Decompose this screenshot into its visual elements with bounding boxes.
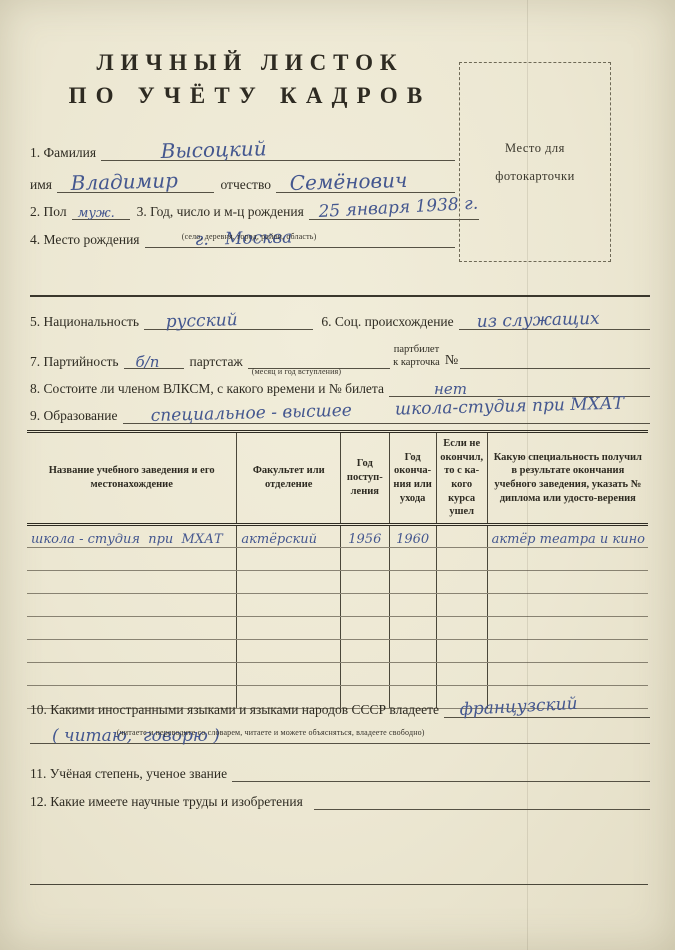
table-row [27, 593, 648, 616]
table-cell [237, 616, 341, 639]
works-label: 12. Какие имеете научные труды и изобрет… [30, 794, 308, 810]
table-cell-value: 1960 [396, 534, 429, 546]
table-row [27, 662, 648, 685]
table-cell [237, 547, 341, 570]
table-cell [436, 570, 487, 593]
table-cell [436, 662, 487, 685]
table-cell [487, 662, 648, 685]
surname-label: 1. Фамилия [30, 145, 101, 161]
education-line: специальное - высшее школа-студия при МХ… [123, 406, 651, 424]
table-cell [27, 570, 237, 593]
field-degree: 11. Учёная степень, ученое звание [30, 766, 650, 782]
table-cell [389, 570, 436, 593]
nationality-label: 5. Национальность [30, 314, 144, 330]
photo-placeholder-text2: фотокарточки [495, 169, 575, 184]
table-row [27, 616, 648, 639]
patronymic-line: Семёнович [276, 172, 455, 193]
party-label: 7. Партийность [30, 354, 124, 370]
table-cell [487, 639, 648, 662]
field-surname: 1. Фамилия Высоцкий [30, 140, 455, 161]
field-sex-birthdate: 2. Пол муж. 3. Год, число и м-ц рождения… [30, 202, 455, 220]
table-cell [389, 662, 436, 685]
table-cell-value: 1956 [348, 534, 381, 546]
nationality-line: русский [144, 312, 313, 330]
table-cell [436, 593, 487, 616]
social-origin-line: из служащих [459, 312, 650, 330]
degree-label: 11. Учёная степень, ученое звание [30, 766, 232, 782]
table-cell: 1956 [341, 524, 389, 547]
table-cell [341, 547, 389, 570]
table-cell [487, 593, 648, 616]
table-cell [389, 616, 436, 639]
komsomol-label: 8. Состоите ли членом ВЛКСМ, с какого вр… [30, 381, 389, 397]
table-cell: школа - студия при МХАТ [27, 524, 237, 547]
patronymic-value: Семёнович [289, 171, 407, 193]
table-cell [237, 662, 341, 685]
table-cell [27, 639, 237, 662]
birthdate-label: 3. Год, число и м-ц рождения [130, 204, 309, 220]
table-cell [27, 616, 237, 639]
photo-placeholder: Место для фотокарточки [459, 62, 611, 262]
table-cell [436, 547, 487, 570]
form-title-line2: ПО УЧЁТУ КАДРОВ [0, 83, 500, 109]
bottom-rule-line [30, 884, 648, 885]
col-header-specialty: Какую специальность получил в результате… [487, 433, 648, 524]
table-cell [341, 593, 389, 616]
table-cell [487, 547, 648, 570]
education-table-body: школа - студия при МХАТактёрский19561960… [27, 524, 648, 708]
table-cell [487, 616, 648, 639]
degree-line [232, 778, 650, 782]
party-card-label: партбилет к карточка [390, 343, 443, 369]
field-birthplace: 4. Место рождения г. Москва (село, дерев… [30, 230, 455, 248]
first-name-line: Владимир [57, 172, 214, 193]
col-header-year-entered: Год поступ-ления [341, 433, 389, 524]
table-row [27, 570, 648, 593]
table-cell [341, 639, 389, 662]
photo-placeholder-text1: Место для [505, 141, 565, 156]
form-title-line1: ЛИЧНЫЙ ЛИСТОК [0, 50, 500, 76]
birthdate-value: 25 января 1938 г. [318, 196, 478, 220]
party-service-caption: (месяц и год вступления) [252, 367, 341, 376]
languages-label: 10. Какими иностранными языками и языкам… [30, 702, 444, 718]
party-service-label: партстаж [184, 354, 248, 370]
party-value: б/п [136, 355, 160, 369]
sex-line: муж. [72, 203, 130, 220]
languages-line: французский [444, 700, 650, 718]
first-name-label: имя [30, 177, 57, 193]
education-table-header-row: Название учебного заведения и его местон… [27, 433, 648, 524]
languages-caption: (читаете и переводите со словарем, читае… [117, 728, 425, 737]
table-cell [27, 593, 237, 616]
col-header-year-left: Год оконча-ния или ухода [389, 433, 436, 524]
birthplace-caption: (село, деревня, город, район, область) [182, 232, 317, 241]
surname-value: Высоцкий [161, 139, 267, 161]
table-cell [436, 524, 487, 547]
nationality-value: русский [166, 312, 238, 330]
surname-line: Высоцкий [101, 140, 455, 161]
social-origin-value: из служащих [476, 311, 599, 330]
party-card-label-bottom: к карточка [393, 356, 440, 369]
social-origin-label: 6. Соц. происхождение [313, 314, 458, 330]
birthdate-line: 25 января 1938 г. [309, 202, 479, 220]
party-line: б/п [124, 353, 184, 370]
party-card-label-top: партбилет [394, 343, 439, 356]
col-header-faculty: Факультет или отделение [237, 433, 341, 524]
table-cell: актёрский [237, 524, 341, 547]
party-card-number-line [460, 365, 650, 369]
sex-value: муж. [78, 208, 115, 220]
table-cell-value: школа - студия при МХАТ [31, 534, 223, 546]
birthplace-line: г. Москва (село, деревня, город, район, … [145, 230, 455, 248]
table-cell [436, 639, 487, 662]
table-cell [237, 593, 341, 616]
personnel-form-page: ЛИЧНЫЙ ЛИСТОК ПО УЧЁТУ КАДРОВ Место для … [0, 0, 675, 950]
komsomol-value: нет [434, 382, 467, 396]
col-header-institution: Название учебного заведения и его местон… [27, 433, 237, 524]
field-komsomol: 8. Состоите ли членом ВЛКСМ, с какого вр… [30, 380, 650, 397]
form-title: ЛИЧНЫЙ ЛИСТОК ПО УЧЁТУ КАДРОВ [0, 50, 500, 109]
field-education: 9. Образование специальное - высшее школ… [30, 406, 650, 424]
sex-label: 2. Пол [30, 204, 72, 220]
table-cell: 1960 [389, 524, 436, 547]
table-row [27, 547, 648, 570]
table-cell [487, 570, 648, 593]
table-cell [389, 547, 436, 570]
table-cell [341, 616, 389, 639]
section-separator [30, 295, 650, 297]
table-cell-value: актёрский [241, 534, 317, 546]
table-cell [237, 639, 341, 662]
col-header-course-left: Если не окончил, то с ка-кого курса ушел [436, 433, 487, 524]
table-cell [389, 593, 436, 616]
table-cell [27, 662, 237, 685]
table-cell-value: актёр театра и кино [492, 534, 645, 546]
party-card-number-sign: № [443, 353, 460, 369]
languages-line2: ( читаю, говорю ) (читаете и переводите … [30, 726, 650, 744]
education-table: Название учебного заведения и его местон… [27, 430, 648, 709]
field-works: 12. Какие имеете научные труды и изобрет… [30, 794, 650, 810]
table-cell: актёр театра и кино [487, 524, 648, 547]
languages-value: французский [459, 696, 578, 718]
field-name-patronymic: имя Владимир отчество Семёнович [30, 172, 455, 193]
table-cell [27, 547, 237, 570]
table-cell [436, 616, 487, 639]
table-cell [341, 662, 389, 685]
table-cell [341, 570, 389, 593]
party-service-line: (месяц и год вступления) [248, 365, 390, 369]
birthplace-label: 4. Место рождения [30, 232, 145, 248]
table-cell [237, 570, 341, 593]
field-languages: 10. Какими иностранными языками и языкам… [30, 700, 650, 718]
education-value: специальное - высшее школа-студия при МХ… [150, 396, 624, 425]
education-label: 9. Образование [30, 408, 123, 424]
field-party: 7. Партийность б/п партстаж (месяц и год… [30, 343, 650, 369]
field-nationality-origin: 5. Национальность русский 6. Соц. происх… [30, 312, 650, 330]
table-row: школа - студия при МХАТактёрский19561960… [27, 524, 648, 547]
works-line [314, 806, 650, 810]
first-name-value: Владимир [70, 171, 178, 193]
table-cell [389, 639, 436, 662]
patronymic-label: отчество [214, 177, 276, 193]
table-row [27, 639, 648, 662]
field-languages-cont: ( читаю, говорю ) (читаете и переводите … [30, 726, 650, 744]
